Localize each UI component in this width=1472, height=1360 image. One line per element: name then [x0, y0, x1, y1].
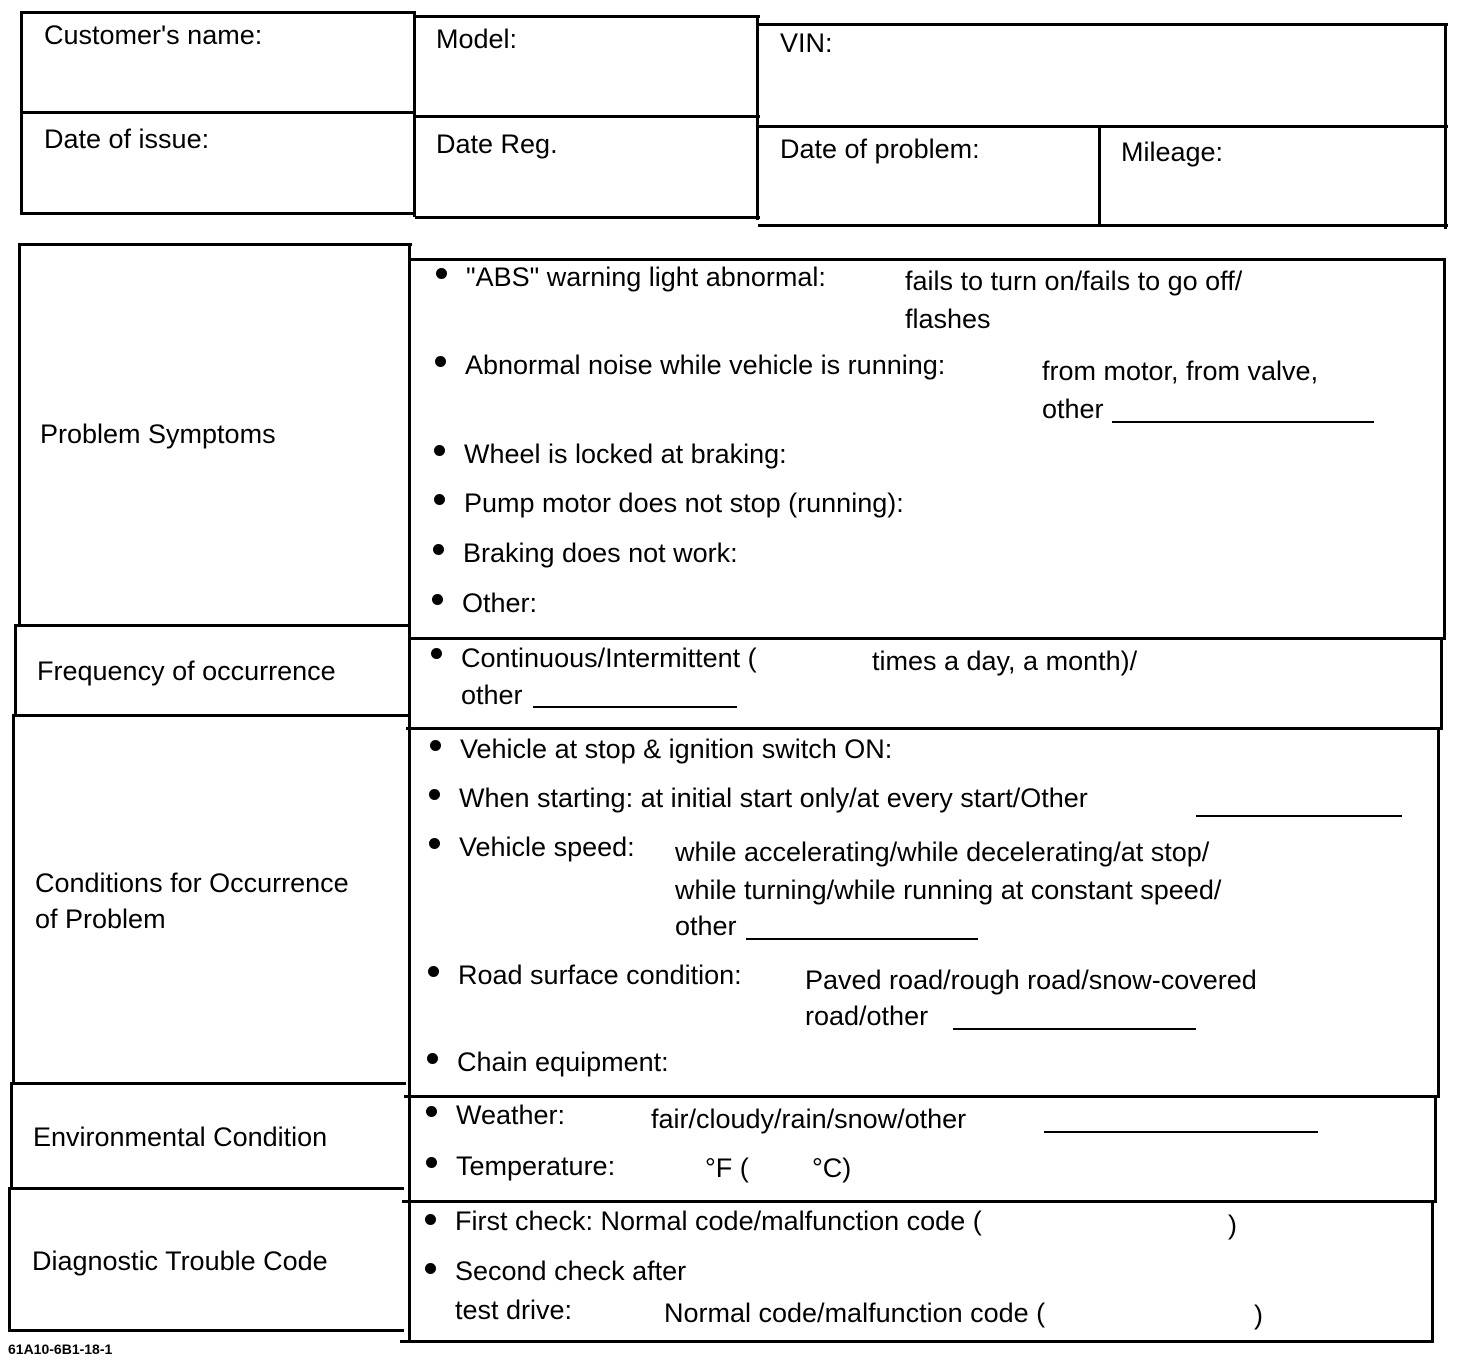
bullet-icon — [426, 1157, 437, 1168]
frequency-other-blank[interactable] — [533, 706, 737, 708]
bullet-icon — [433, 544, 444, 555]
customer-name-field[interactable] — [30, 58, 405, 106]
bullet-icon — [434, 445, 445, 456]
vin-field[interactable] — [770, 65, 1435, 117]
bullet-icon — [429, 789, 440, 800]
second-check-code-field[interactable] — [1112, 1295, 1252, 1329]
road-other-blank[interactable] — [953, 1028, 1196, 1030]
bullet-icon — [427, 1053, 438, 1064]
frequency-label: Frequency of occurrence — [37, 658, 336, 685]
starting-other-blank[interactable] — [1196, 815, 1402, 817]
bullet-icon — [435, 356, 446, 367]
mileage-label: Mileage: — [1121, 139, 1223, 166]
date-of-issue-field[interactable] — [30, 160, 405, 206]
temperature-c-field[interactable] — [755, 1150, 810, 1182]
bullet-icon — [430, 740, 441, 751]
weather-other-blank[interactable] — [1044, 1131, 1318, 1133]
environmental-label: Environmental Condition — [33, 1124, 327, 1151]
speed-other-blank[interactable] — [746, 938, 978, 940]
bullet-icon — [436, 268, 447, 279]
figure-code: 61A10-6B1-18-1 — [8, 1341, 112, 1357]
date-of-problem-label: Date of problem: — [780, 136, 980, 163]
first-check-code-field[interactable] — [1060, 1205, 1225, 1239]
bullet-icon — [426, 1106, 437, 1117]
bullet-icon — [428, 966, 439, 977]
date-reg-field[interactable] — [425, 165, 750, 211]
date-of-problem-field[interactable] — [770, 170, 1090, 218]
problem-symptoms-label: Problem Symptoms — [40, 421, 276, 448]
model-field[interactable] — [425, 60, 750, 108]
noise-other-blank[interactable] — [1112, 421, 1374, 423]
temperature-f-field[interactable] — [648, 1150, 703, 1182]
model-label: Model: — [436, 26, 517, 53]
customer-name-label: Customer's name: — [44, 22, 262, 49]
conditions-label-line2: of Problem — [35, 906, 166, 933]
conditions-label-line1: Conditions for Occurrence — [35, 870, 349, 897]
bullet-icon — [431, 648, 442, 659]
dtc-label: Diagnostic Trouble Code — [32, 1248, 328, 1275]
vin-label: VIN: — [780, 30, 833, 57]
bullet-icon — [434, 494, 445, 505]
bullet-icon — [432, 594, 443, 605]
mileage-field[interactable] — [1110, 172, 1435, 220]
bullet-icon — [425, 1263, 436, 1274]
bullet-icon — [429, 838, 440, 849]
date-reg-label: Date Reg. — [436, 131, 558, 158]
date-of-issue-label: Date of issue: — [44, 126, 209, 153]
bullet-icon — [425, 1214, 436, 1225]
